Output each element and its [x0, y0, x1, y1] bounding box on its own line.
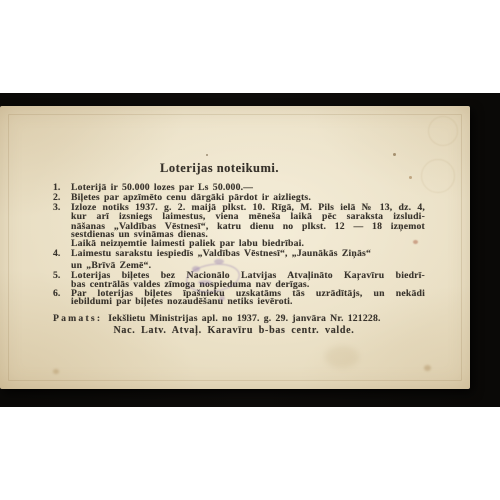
issuer-line: Nac. Latv. Atvaļ. Karavīru b-bas centr. … [56, 325, 412, 336]
violet-ink-stamp [178, 258, 248, 298]
age-spot [206, 154, 208, 156]
age-spot [393, 153, 396, 156]
age-spot [409, 176, 412, 179]
lottery-ticket-paper: Loterijas noteikumi. 1. Loterijā ir 50.0… [0, 106, 470, 389]
document-title: Loterijas noteikumi. [160, 161, 279, 176]
basis-text: Iekšlietu Ministrijas apl. no 1937. g. 2… [108, 313, 380, 324]
stamp-mark [219, 296, 225, 301]
stamp-mark [214, 259, 224, 264]
rule-number: 4. [53, 248, 69, 259]
photo-background: Loterijas noteikumi. 1. Loterijā ir 50.0… [0, 93, 500, 407]
stamp-mark [192, 266, 200, 272]
rule-number: 6. [53, 288, 69, 299]
age-spot [413, 240, 418, 244]
basis-line: Pamats:Iekšlietu Ministrijas apl. no 193… [53, 313, 425, 324]
rule-line: Laimestu sarakstu iespiedīs „Valdības Vē… [71, 248, 425, 259]
watermark-circle [421, 159, 455, 193]
age-spot [424, 365, 431, 371]
basis-label: Pamats: [53, 313, 102, 324]
rule-line: iebildumi par biļetes nozaudēšanu netiks… [71, 296, 425, 307]
stamp-mark [198, 280, 212, 285]
watermark-circle [428, 116, 458, 146]
age-stain [325, 346, 359, 368]
rule-number: 5. [53, 270, 69, 281]
rule-number: 3. [53, 202, 69, 213]
age-spot [81, 199, 83, 201]
age-spot [53, 369, 59, 374]
